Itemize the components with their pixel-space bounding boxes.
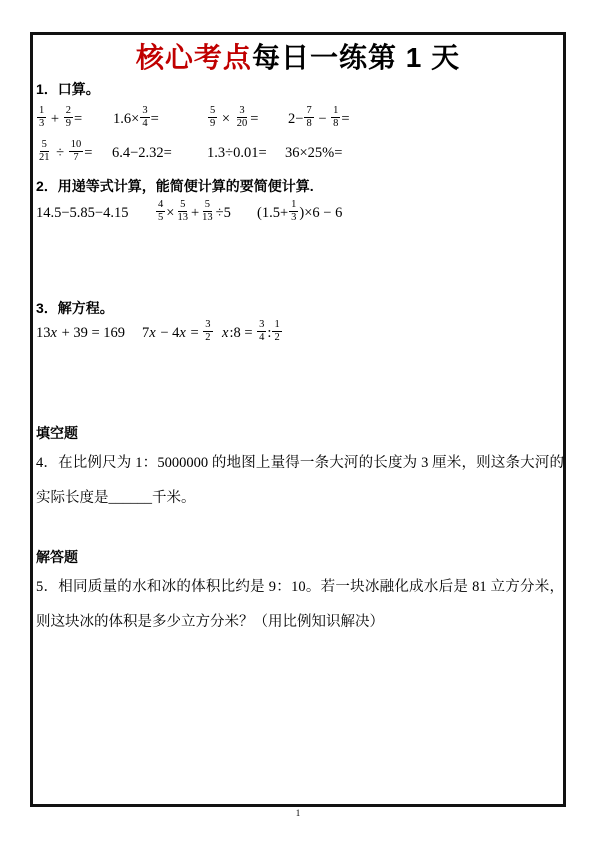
stepwise-row: 14.5−5.85−4.15 45×513+513÷5 (1.5+13)×6 −…	[36, 196, 560, 230]
worksheet-page: 核心考点每日一练第 1 天 1．口算。 13 + 29= 1.6×34= 59 …	[0, 0, 596, 842]
oral-expression-1: 13 + 29=	[36, 102, 82, 136]
oral-expression-4: 2−78 − 18=	[288, 102, 350, 136]
fraction: 78	[304, 105, 313, 130]
fraction: 13	[289, 199, 298, 224]
oral-expression-5: 521 ÷ 107=	[36, 136, 92, 170]
fraction: 29	[64, 105, 73, 130]
equation-1: 13x + 39 = 169	[36, 316, 125, 350]
word-problem-heading: 解答题	[36, 548, 78, 567]
oral-expression-8: 36×25%=	[285, 136, 342, 170]
fraction: 45	[156, 199, 165, 224]
equations-row: 13x + 39 = 169 7x − 4x = 32 x:8 = 34:12	[36, 316, 560, 350]
fraction: 107	[69, 139, 84, 164]
oral-calc-row-1: 13 + 29= 1.6×34= 59 × 320= 2−78 − 18=	[36, 102, 560, 136]
fraction: 12	[272, 319, 281, 344]
oral-calc-row-2: 521 ÷ 107= 6.4−2.32= 1.3÷0.01= 36×25%=	[36, 136, 560, 170]
oral-expression-2: 1.6×34=	[113, 102, 159, 136]
fraction: 521	[37, 139, 52, 164]
title-highlight: 核心考点	[136, 42, 252, 73]
question-5: 5．相同质量的水和冰的体积比约是 9：10。若一块冰融化成水后是 81 立方分米…	[36, 570, 564, 640]
oral-expression-6: 6.4−2.32=	[112, 136, 172, 170]
oral-expression-7: 1.3÷0.01=	[207, 136, 267, 170]
title-rest: 每日一练第 1 天	[252, 42, 460, 73]
stepwise-expression-2: 45×513+513÷5	[155, 196, 231, 230]
fraction: 59	[208, 105, 217, 130]
fraction: 513	[175, 199, 190, 224]
stepwise-expression-3: (1.5+13)×6 − 6	[257, 196, 342, 230]
question-4: 4．在比例尺为 1：5000000 的地图上量得一条大河的长度为 3 厘米，则这…	[36, 446, 564, 516]
oral-expression-3: 59 × 320=	[207, 102, 258, 136]
equation-3: x:8 = 34:12	[222, 316, 283, 350]
equation-2: 7x − 4x = 32	[142, 316, 214, 350]
fraction: 320	[235, 105, 250, 130]
fraction: 34	[257, 319, 266, 344]
fraction: 18	[331, 105, 340, 130]
page-number: 1	[0, 808, 596, 819]
page-title: 核心考点每日一练第 1 天	[0, 41, 596, 75]
fraction: 34	[140, 105, 149, 130]
section-1-heading: 1．口算。	[36, 80, 100, 99]
fill-blank-heading: 填空题	[36, 424, 78, 443]
fraction: 513	[200, 199, 215, 224]
stepwise-expression-1: 14.5−5.85−4.15	[36, 196, 128, 230]
fraction: 13	[37, 105, 46, 130]
fraction: 32	[203, 319, 212, 344]
section-2-heading: 2．用递等式计算，能简便计算的要简便计算.	[36, 177, 314, 196]
